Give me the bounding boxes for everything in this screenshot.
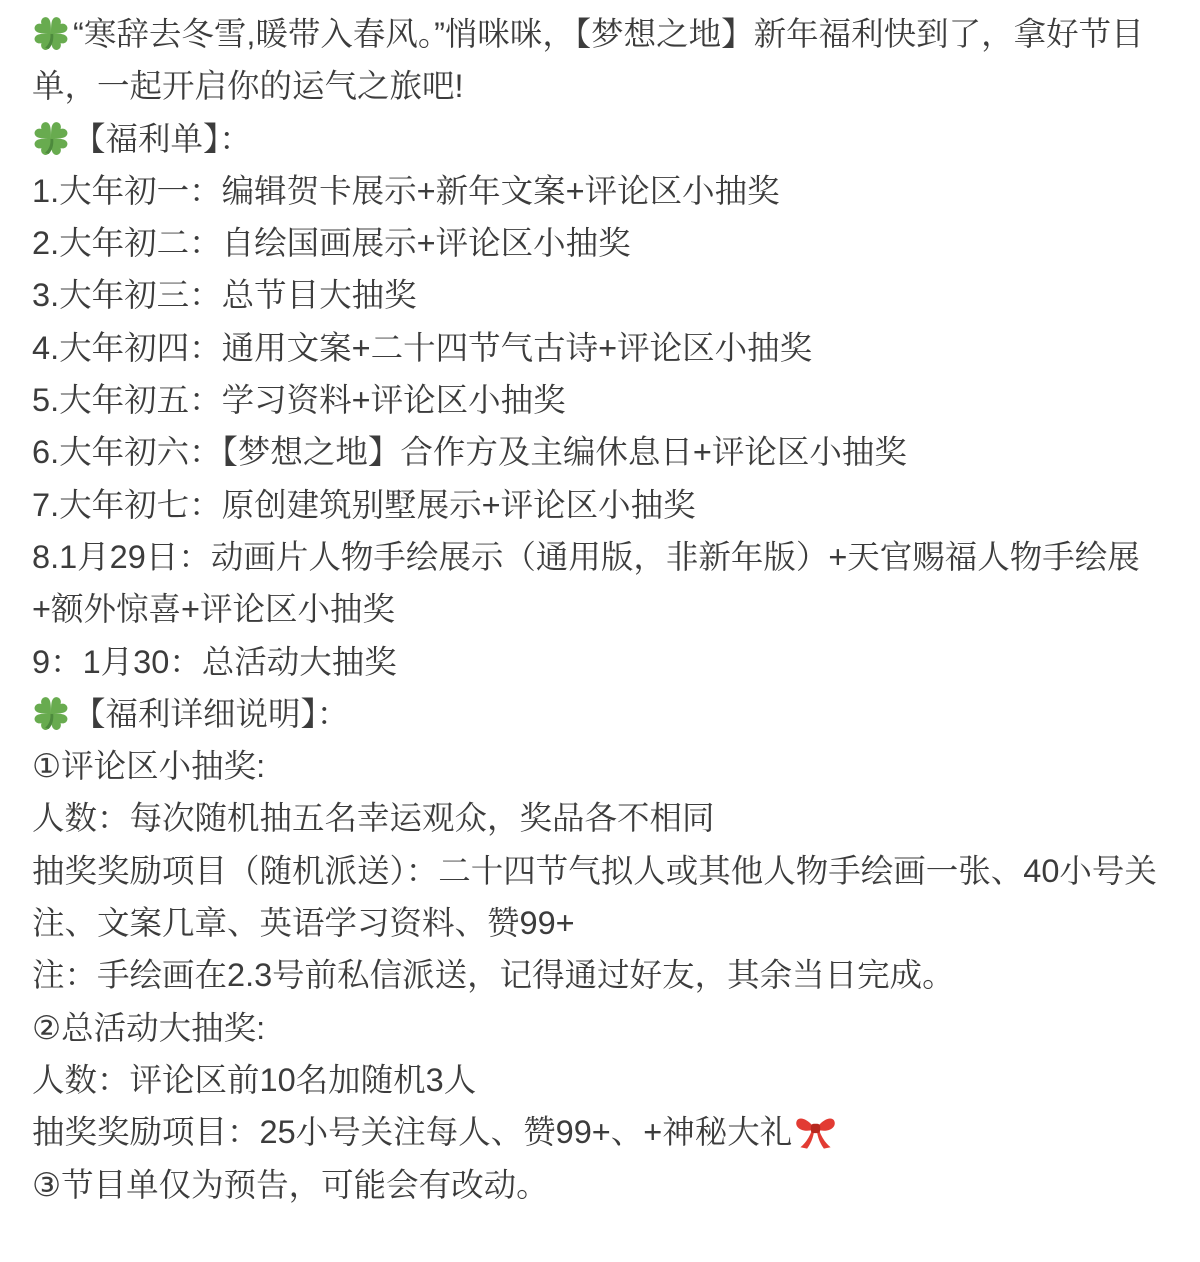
welfare-item-2: 2.大年初二：自绘国画展示+评论区小抽奖 [32,217,1172,269]
detail-text: ③节目单仅为预告，可能会有改动。 [32,1167,549,1203]
detail-comment-lottery-prizes-line-1: 抽奖奖励项目（随机派送）：二十四节气拟人或其他人物手绘画一张、40小号关 [32,845,1172,897]
detail-disclaimer: ③节目单仅为预告，可能会有改动。 [32,1159,1172,1211]
welfare-item-text: 2.大年初二：自绘国画展示+评论区小抽奖 [32,225,631,261]
welfare-item-text: 9：1月30：总活动大抽奖 [32,644,397,680]
welfare-item-8-line-1: 8.1月29日：动画片人物手绘展示（通用版，非新年版）+天官赐福人物手绘展 [32,531,1172,583]
detail-text: 抽奖奖励项目：25小号关注每人、赞99+、+神秘大礼 [32,1114,792,1150]
details-header: 【福利详细说明】： [32,688,1172,740]
red-bow-icon [793,1112,838,1150]
detail-text: ①评论区小抽奖: [32,748,265,784]
detail-text: 注：手绘画在2.3号前私信派送，记得通过好友，其余当日完成。 [32,957,955,993]
intro-line-1: “寒辞去冬雪,暖带入春风。”悄咪咪，【梦想之地】新年福利快到了，拿好节目 [32,8,1172,60]
welfare-item-1: 1.大年初一：编辑贺卡展示+新年文案+评论区小抽奖 [32,165,1172,217]
welfare-item-6: 6.大年初六：【梦想之地】合作方及主编休息日+评论区小抽奖 [32,426,1172,478]
welfare-item-5: 5.大年初五：学习资料+评论区小抽奖 [32,374,1172,426]
clover-icon [32,119,70,157]
welfare-item-text: 1.大年初一：编辑贺卡展示+新年文案+评论区小抽奖 [32,173,780,209]
intro-text-2: 单，一起开启你的运气之旅吧! [32,68,464,104]
detail-text: 注、文案几章、英语学习资料、赞99+ [32,905,575,941]
welfare-list-header-text: 【福利单】： [73,121,252,157]
detail-grand-lottery-count: 人数：评论区前10名加随机3人 [32,1054,1172,1106]
detail-text: ②总活动大抽奖: [32,1010,265,1046]
detail-text: 抽奖奖励项目（随机派送）：二十四节气拟人或其他人物手绘画一张、40小号关 [32,853,1157,889]
welfare-item-text: 8.1月29日：动画片人物手绘展示（通用版，非新年版）+天官赐福人物手绘展 [32,539,1140,575]
welfare-item-9: 9：1月30：总活动大抽奖 [32,636,1172,688]
welfare-item-4: 4.大年初四：通用文案+二十四节气古诗+评论区小抽奖 [32,322,1172,374]
welfare-item-text: 7.大年初七：原创建筑别墅展示+评论区小抽奖 [32,487,696,523]
detail-grand-lottery-header: ②总活动大抽奖: [32,1002,1172,1054]
intro-text-1: “寒辞去冬雪,暖带入春风。”悄咪咪，【梦想之地】新年福利快到了，拿好节目 [73,16,1144,52]
welfare-item-text: 4.大年初四：通用文案+二十四节气古诗+评论区小抽奖 [32,330,812,366]
clover-icon [32,14,70,52]
welfare-item-7: 7.大年初七：原创建筑别墅展示+评论区小抽奖 [32,479,1172,531]
detail-comment-lottery-header: ①评论区小抽奖: [32,740,1172,792]
clover-icon [32,694,70,732]
post-content: “寒辞去冬雪,暖带入春风。”悄咪咪，【梦想之地】新年福利快到了，拿好节目 单，一… [0,0,1200,1211]
detail-text: 人数：每次随机抽五名幸运观众，奖品各不相同 [32,800,715,836]
detail-text: 人数：评论区前10名加随机3人 [32,1062,476,1098]
welfare-item-text: 6.大年初六：【梦想之地】合作方及主编休息日+评论区小抽奖 [32,434,907,470]
detail-note: 注：手绘画在2.3号前私信派送，记得通过好友，其余当日完成。 [32,949,1172,1001]
detail-comment-lottery-prizes-line-2: 注、文案几章、英语学习资料、赞99+ [32,897,1172,949]
details-header-text: 【福利详细说明】： [73,696,349,732]
welfare-item-text: 3.大年初三：总节目大抽奖 [32,277,417,313]
welfare-item-text: +额外惊喜+评论区小抽奖 [32,591,395,627]
welfare-item-8-line-2: +额外惊喜+评论区小抽奖 [32,583,1172,635]
welfare-item-text: 5.大年初五：学习资料+评论区小抽奖 [32,382,566,418]
intro-line-2: 单，一起开启你的运气之旅吧! [32,60,1172,112]
detail-grand-lottery-prizes: 抽奖奖励项目：25小号关注每人、赞99+、+神秘大礼 [32,1106,1172,1158]
welfare-list-header: 【福利单】： [32,113,1172,165]
welfare-item-3: 3.大年初三：总节目大抽奖 [32,269,1172,321]
detail-comment-lottery-count: 人数：每次随机抽五名幸运观众，奖品各不相同 [32,792,1172,844]
